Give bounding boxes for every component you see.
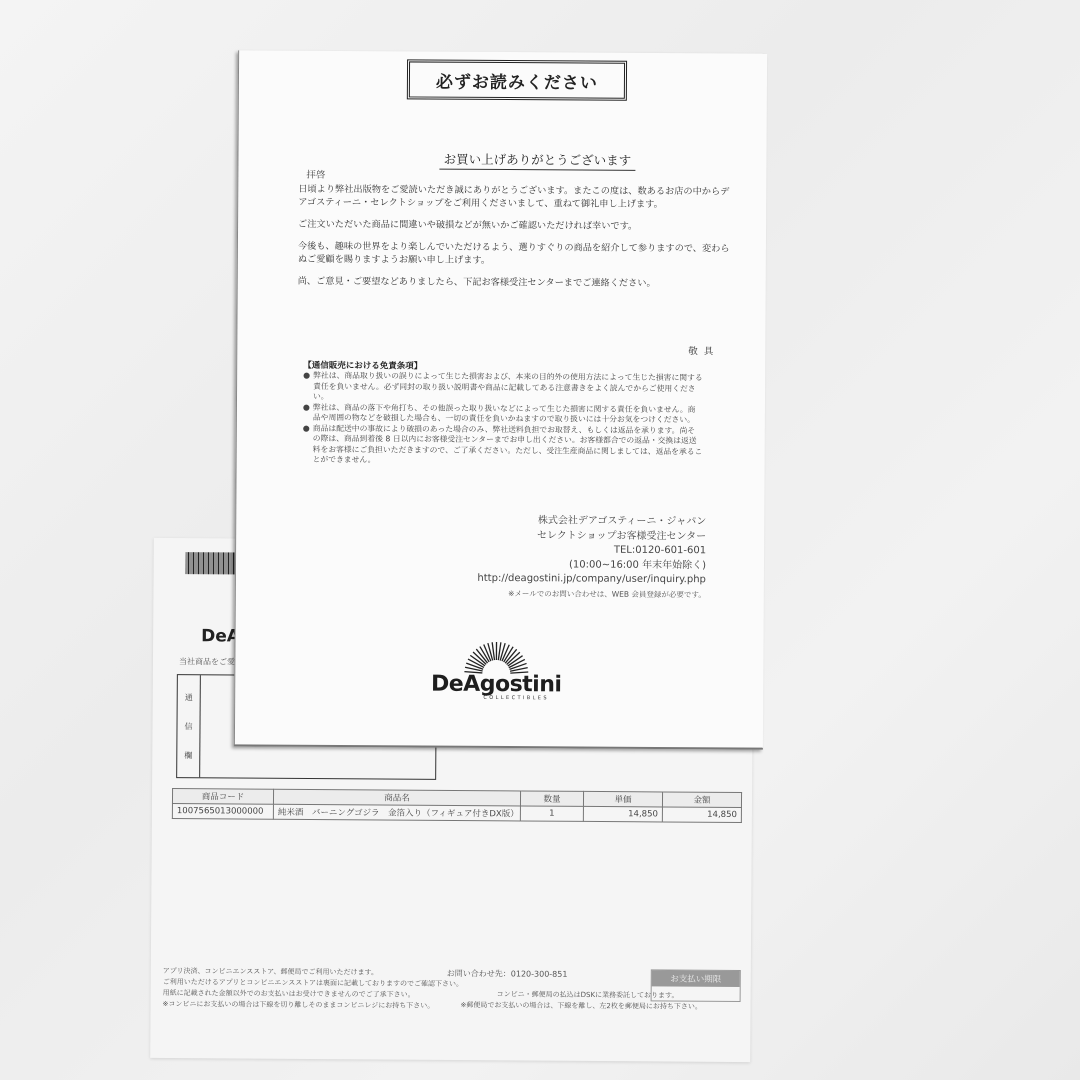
company-name: 株式会社デアゴスティーニ・ジャパン bbox=[478, 514, 707, 530]
disclaimer-text: 商品は配送中の事故により破損のあった場合のみ、弊社送料負担でお取替え、もしくは返… bbox=[313, 423, 703, 464]
inquiry-url: http://deagostini.jp/company/user/inquir… bbox=[477, 572, 706, 588]
read-notice: 必ずお読みください bbox=[407, 59, 627, 100]
business-hours: (10:00~16:00 年末年始除く) bbox=[477, 557, 706, 573]
thanks-heading-text: お買い上げありがとうございます bbox=[440, 152, 636, 171]
header-unit-price: 単価 bbox=[583, 791, 662, 807]
disclaimer-text: 弊社は、商品の落下や角打ち、その他誤った取り扱いなどによって生じた損害に関する責… bbox=[313, 402, 696, 424]
email-note: ※メールでのお問い合わせは、WEB 会員登録が必要です。 bbox=[477, 586, 706, 602]
item-unit-price: 14,850 bbox=[583, 806, 662, 822]
logo-text: DeAgostini bbox=[421, 672, 571, 698]
comm-label-char: 信 bbox=[184, 721, 192, 732]
disclaimer-list: ●弊社は、商品取り扱いの誤りによって生じた損害および、本来の目的外の使用方法によ… bbox=[303, 371, 704, 468]
communication-label: 通 信 欄 bbox=[177, 675, 201, 777]
thank-you-letter: 必ずお読みください お買い上げありがとうございます 拝啓 日頃より弊社出版物をご… bbox=[234, 50, 767, 749]
deagostini-logo: DeAgostini COLLECTIBLES bbox=[421, 640, 571, 702]
paragraph: 今後も、趣味の世界をより楽しんでいただけるよう、選りすぐりの商品を紹介して参りま… bbox=[298, 240, 738, 269]
slip-note: 当社商品をご愛 bbox=[179, 656, 235, 667]
paragraph: 尚、ご意見・ご要望などありましたら、下記お客様受注センターまでご連絡ください。 bbox=[298, 275, 738, 291]
header-amount: 金額 bbox=[662, 792, 741, 808]
payment-deadline-box: お支払い期限 bbox=[651, 969, 741, 1002]
sunburst-icon bbox=[456, 640, 536, 674]
item-code: 1007565013000000 bbox=[172, 804, 273, 820]
disclaimer-item: ●商品は配送中の事故により破損のあった場合のみ、弊社送料負担でお取替え、もしくは… bbox=[303, 423, 703, 467]
header-qty: 数量 bbox=[520, 791, 583, 806]
center-name: セレクトショップお客様受注センター bbox=[478, 528, 707, 544]
footer-note: ※郵便局でお支払いの場合は、下線を離し、左2枚を郵便局にお持ち下さい。 bbox=[447, 1000, 702, 1013]
item-name: 純米酒 バーニングゴジラ 金箔入り（フィギュア付きDX版） bbox=[273, 804, 520, 821]
item-amount: 14,850 bbox=[662, 807, 741, 823]
comm-label-char: 欄 bbox=[184, 750, 192, 761]
closing: 敬具 bbox=[688, 343, 719, 357]
header-code: 商品コード bbox=[172, 789, 273, 805]
comm-label-char: 通 bbox=[185, 692, 193, 703]
bullet-icon: ● bbox=[303, 402, 310, 413]
items-table: 商品コード 商品名 数量 単価 金額 1007565013000000 純米酒 … bbox=[172, 788, 742, 823]
salutation: 拝啓 bbox=[306, 167, 325, 181]
letter-body: 日頃より弊社出版物をご愛読いただき誠にありがとうございます。またこの度は、数ある… bbox=[298, 183, 739, 300]
phone-number: TEL:0120-601-601 bbox=[478, 543, 707, 559]
item-qty: 1 bbox=[520, 806, 583, 821]
disclaimer-item: ●弊社は、商品取り扱いの誤りによって生じた損害および、本来の目的外の使用方法によ… bbox=[303, 371, 703, 405]
table-row: 1007565013000000 純米酒 バーニングゴジラ 金箔入り（フィギュア… bbox=[172, 804, 741, 823]
payment-deadline-label: お支払い期限 bbox=[652, 970, 740, 987]
bullet-icon: ● bbox=[303, 423, 310, 434]
paragraph: ご注文いただいた商品に間違いや破損などが無いかご確認いただければ幸いです。 bbox=[298, 218, 738, 234]
header-name: 商品名 bbox=[273, 789, 520, 806]
disclaimer-title: 【通信販売における免責条項】 bbox=[303, 359, 422, 372]
disclaimer-text: 弊社は、商品取り扱いの誤りによって生じた損害および、本来の目的外の使用方法によっ… bbox=[313, 371, 703, 401]
paragraph: 日頃より弊社出版物をご愛読いただき誠にありがとうございます。またこの度は、数ある… bbox=[298, 183, 738, 212]
contact-info: 株式会社デアゴスティーニ・ジャパン セレクトショップお客様受注センター TEL:… bbox=[477, 514, 706, 602]
bullet-icon: ● bbox=[303, 371, 310, 382]
disclaimer-item: ●弊社は、商品の落下や角打ち、その他誤った取り扱いなどによって生じた損害に関する… bbox=[303, 402, 703, 425]
